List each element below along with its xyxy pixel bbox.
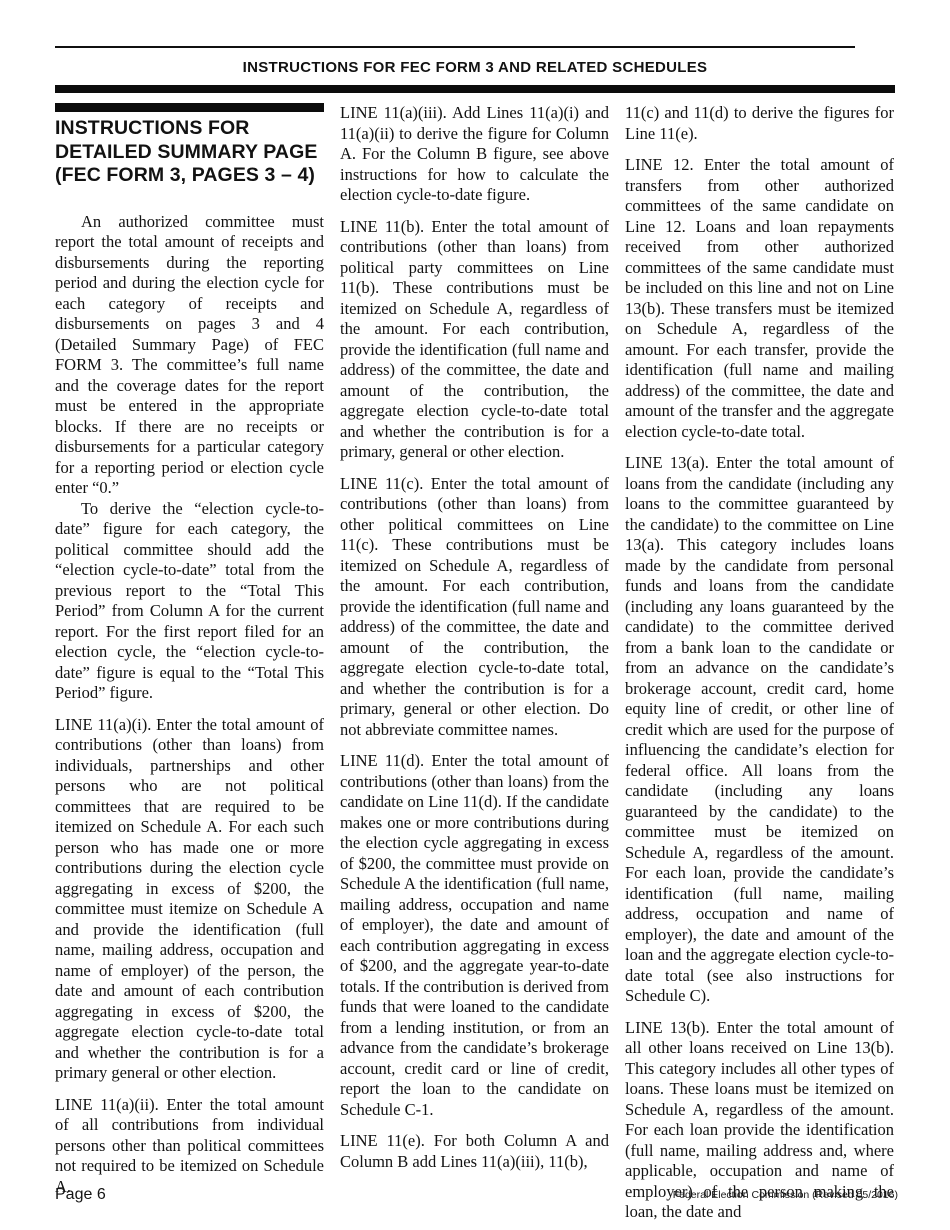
section-title: INSTRUCTIONS FOR DETAILED SUMMARY PAGE (…: [55, 117, 324, 188]
column-right: 11(c) and 11(d) to derive the figures fo…: [625, 103, 894, 1223]
three-column-body: INSTRUCTIONS FOR DETAILED SUMMARY PAGE (…: [55, 103, 895, 1223]
section-title-line-3: (FEC FORM 3, PAGES 3 – 4): [55, 164, 315, 186]
page-number: Page 6: [55, 1186, 106, 1204]
paragraph-intro-1: An authorized committee must report the …: [55, 212, 324, 499]
section-title-line-1: INSTRUCTIONS FOR: [55, 117, 249, 139]
paragraph-line-12: LINE 12. Enter the total amount of trans…: [625, 155, 894, 442]
paragraph-intro-2: To derive the “election cycle-to-date” f…: [55, 499, 324, 704]
column-left: INSTRUCTIONS FOR DETAILED SUMMARY PAGE (…: [55, 103, 324, 1223]
revision-note: Federal Election Commission (Revised 05/…: [673, 1189, 898, 1204]
header-rule-bottom: [55, 85, 895, 93]
paragraph-line-11c: LINE 11(c). Enter the total amount of co…: [340, 474, 609, 741]
paragraph-line-11e-continued: 11(c) and 11(d) to derive the figures fo…: [625, 103, 894, 144]
paragraph-line-11e: LINE 11(e). For both Column A and Column…: [340, 1131, 609, 1172]
paragraph-line-11d: LINE 11(d). Enter the total amount of co…: [340, 751, 609, 1120]
paragraph-line-13a: LINE 13(a). Enter the total amount of lo…: [625, 453, 894, 1007]
page-footer: Page 6 Federal Election Commission (Revi…: [55, 1186, 898, 1204]
page-content: INSTRUCTIONS FOR FEC FORM 3 AND RELATED …: [55, 46, 895, 1223]
paragraph-line-11aiii: LINE 11(a)(iii). Add Lines 11(a)(i) and …: [340, 103, 609, 206]
section-title-line-2: DETAILED SUMMARY PAGE: [55, 141, 317, 163]
paragraph-line-11aii: LINE 11(a)(ii). Enter the total amount o…: [55, 1095, 324, 1198]
paragraph-line-11b: LINE 11(b). Enter the total amount of co…: [340, 217, 609, 463]
document-page: INSTRUCTIONS FOR FEC FORM 3 AND RELATED …: [0, 0, 950, 1230]
section-title-bar: [55, 103, 324, 112]
paragraph-line-11ai: LINE 11(a)(i). Enter the total amount of…: [55, 715, 324, 1084]
column-middle: LINE 11(a)(iii). Add Lines 11(a)(i) and …: [340, 103, 609, 1223]
page-header-title: INSTRUCTIONS FOR FEC FORM 3 AND RELATED …: [55, 48, 895, 85]
page-header: INSTRUCTIONS FOR FEC FORM 3 AND RELATED …: [55, 46, 895, 93]
